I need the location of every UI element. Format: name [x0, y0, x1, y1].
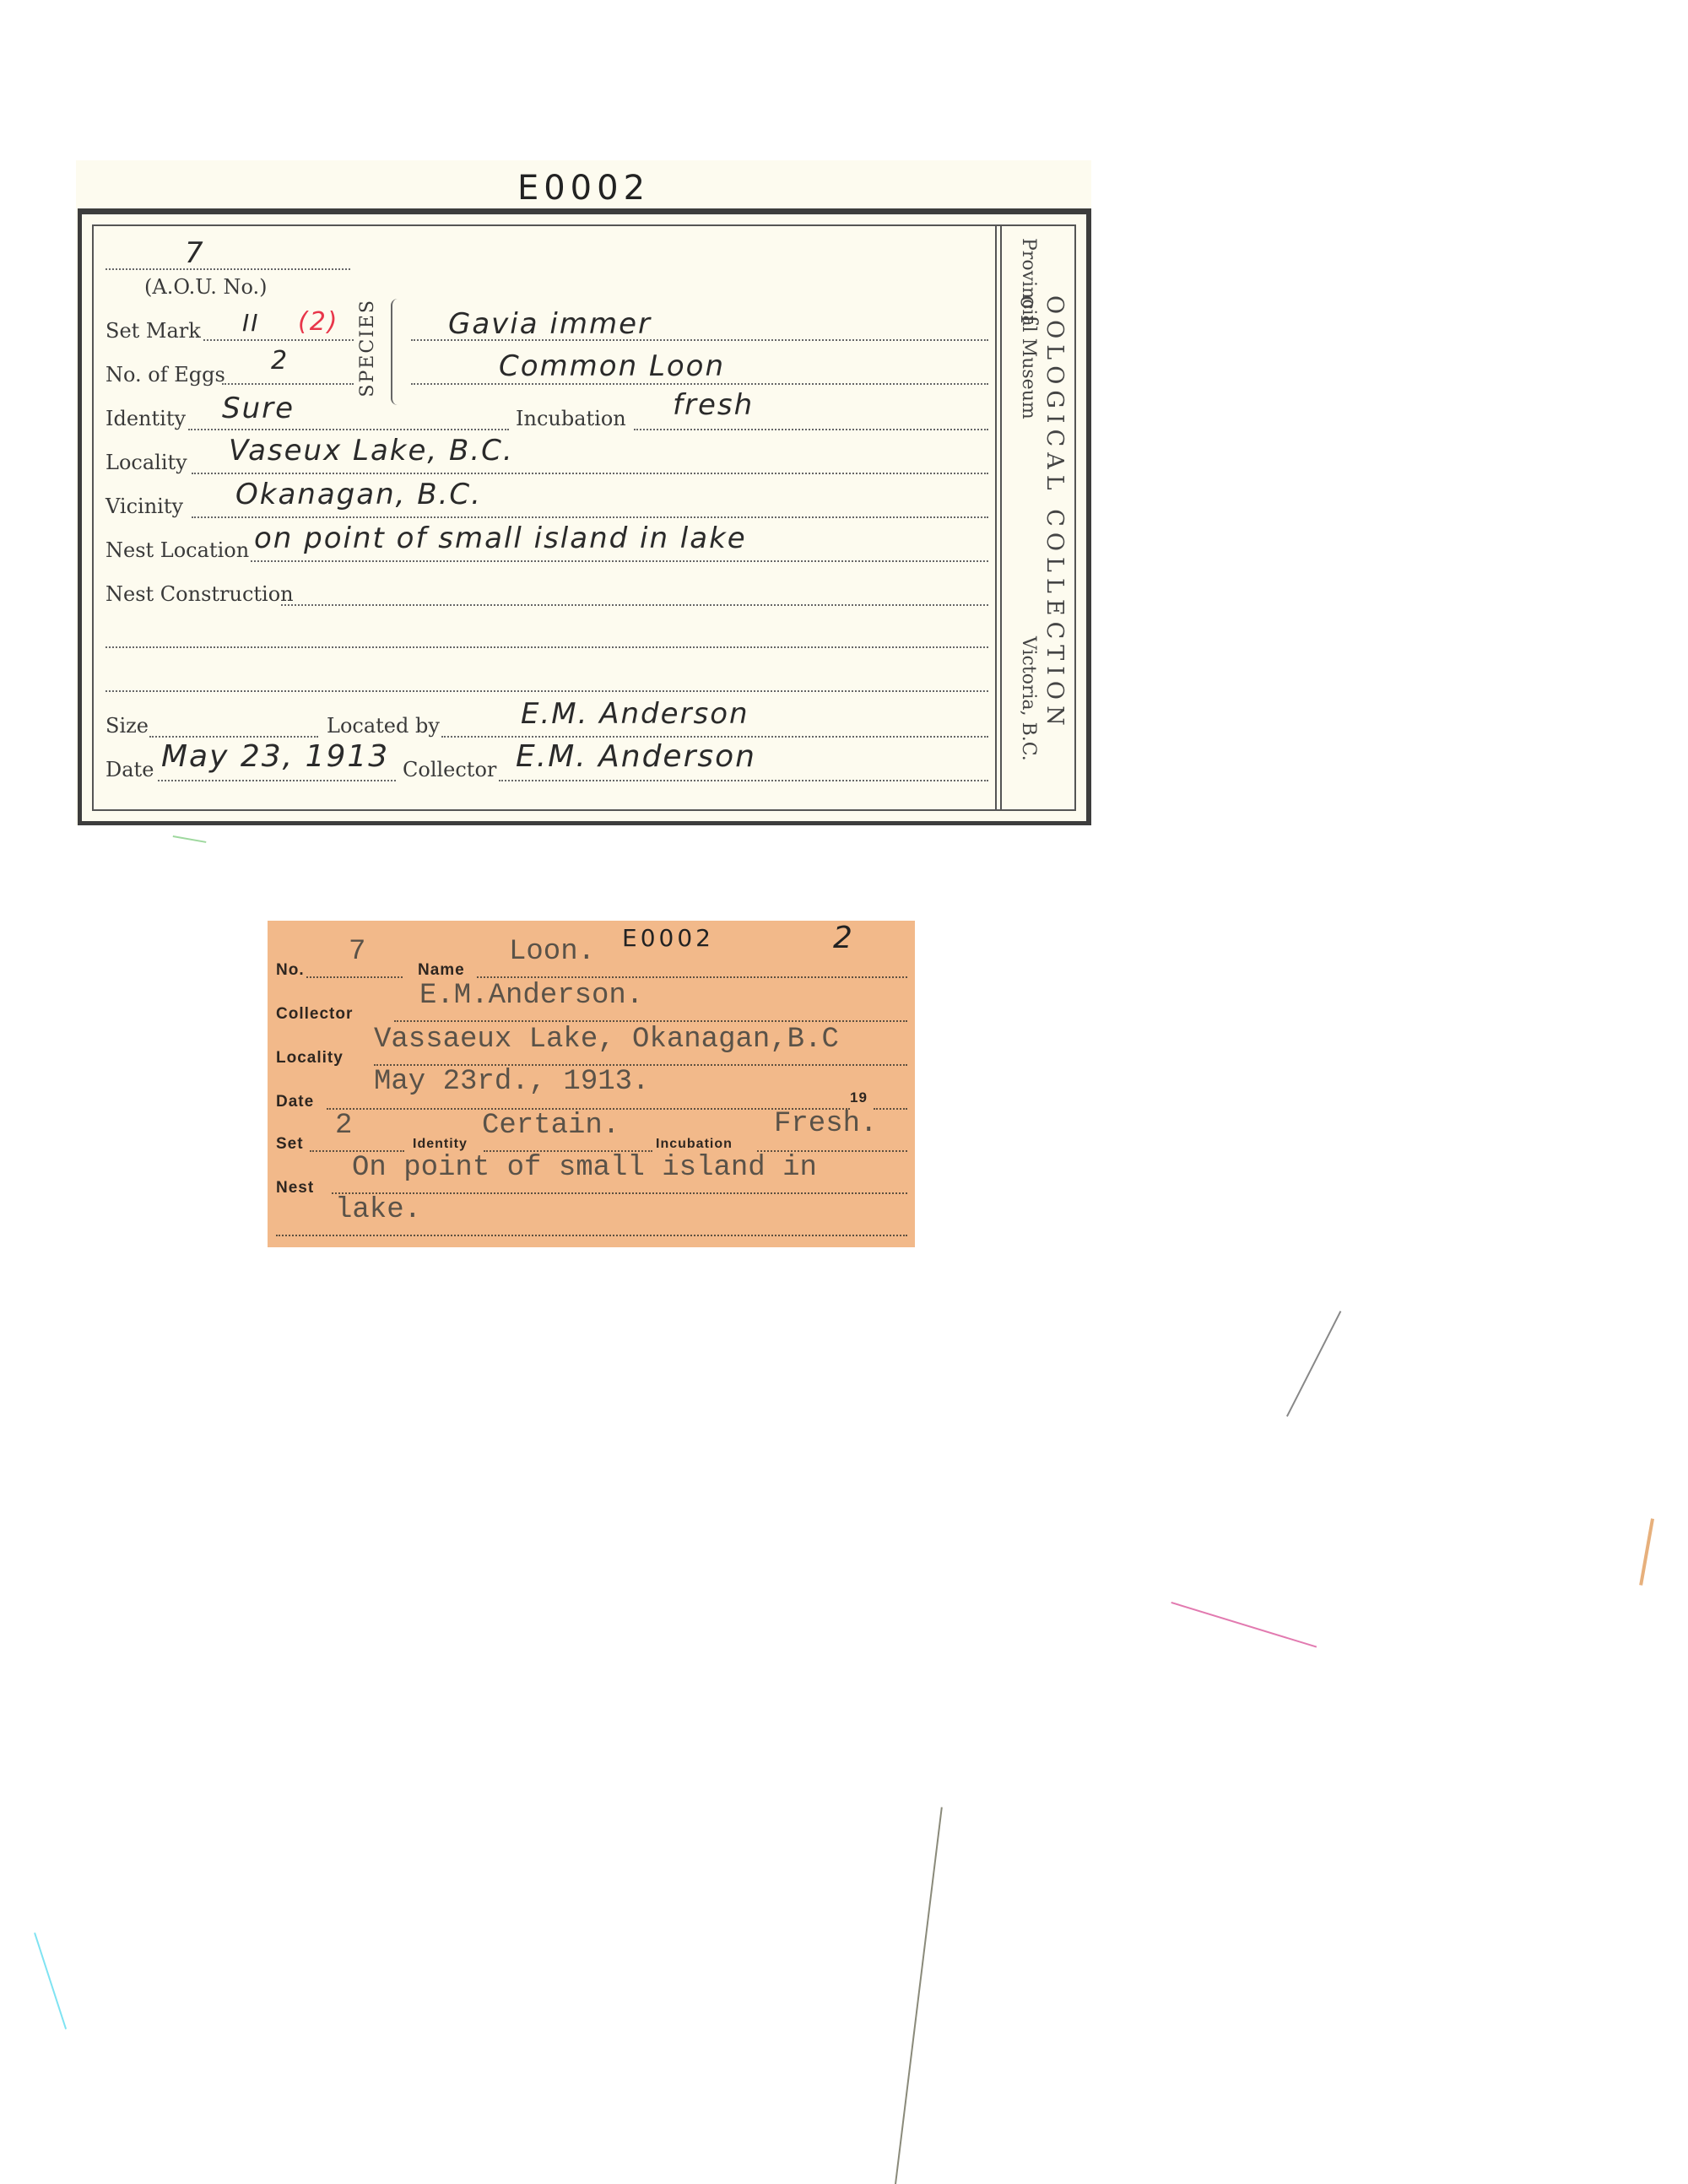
located-by-label: Located by: [327, 714, 440, 738]
accession-number: E0002: [76, 169, 1091, 208]
slip-nest-dotted-line-2: [276, 1235, 907, 1236]
scan-artifact-line: [1171, 1602, 1317, 1648]
slip-year-dotted-line: [874, 1108, 907, 1110]
nest-location-dotted-line: [251, 560, 988, 562]
slip-incubation-value: Fresh.: [774, 1108, 877, 1140]
incubation-dotted-line: [634, 429, 988, 430]
slip-collector-dotted-line: [394, 1020, 907, 1022]
blank-dotted-line-1: [105, 646, 988, 648]
nest-location-value: on point of small island in lake: [254, 522, 747, 555]
incubation-label: Incubation: [516, 407, 626, 430]
slip-no-dotted-line: [306, 976, 403, 978]
collector-label: Collector: [403, 758, 496, 781]
no-of-eggs-label: No. of Eggs: [105, 363, 225, 387]
collector-value: E.M. Anderson: [516, 739, 756, 774]
no-of-eggs-value: 2: [271, 346, 289, 376]
locality-label: Locality: [105, 451, 187, 474]
slip-name-dotted-line: [477, 976, 907, 978]
vicinity-dotted-line: [192, 516, 988, 518]
set-mark-annotation: (2): [298, 307, 339, 337]
slip-date-value: May 23rd., 1913.: [374, 1066, 649, 1098]
slip-locality-value: Vassaeux Lake, Okanagan,B.C: [374, 1024, 839, 1056]
identity-label: Identity: [105, 407, 186, 430]
date-label: Date: [105, 758, 154, 781]
vicinity-value: Okanagan, B.C.: [235, 478, 482, 511]
aou-dotted-line: [105, 268, 350, 270]
located-by-value: E.M. Anderson: [521, 697, 749, 731]
species-common-value: Common Loon: [499, 349, 725, 383]
no-of-eggs-dotted-line: [222, 383, 354, 385]
slip-year-prefix: 19: [850, 1089, 868, 1106]
slip-date-label: Date: [276, 1093, 314, 1111]
slip-nest-label: Nest: [276, 1179, 314, 1197]
slip-incubation-label: Incubation: [656, 1137, 733, 1152]
aou-number-value: 7: [185, 236, 205, 270]
slip-set-value: 2: [335, 1110, 352, 1142]
species-bracket: [391, 299, 399, 405]
card-inner-frame: 7 (A.O.U. No.) Set Mark II (2) No. of Eg…: [92, 224, 1076, 811]
aou-label: (A.O.U. No.): [144, 275, 268, 299]
slip-locality-label: Locality: [276, 1049, 344, 1068]
locality-value: Vaseux Lake, B.C.: [229, 434, 514, 468]
specimen-data-slip: E0002 2 No. 7 Name Loon. Collector E.M.A…: [268, 921, 915, 1247]
date-value: May 23, 1913: [161, 739, 389, 774]
identity-value: Sure: [222, 392, 295, 425]
slip-no-label: No.: [276, 961, 305, 980]
nest-construction-dotted-line: [281, 604, 988, 606]
slip-nest-value-line2: lake.: [335, 1194, 421, 1226]
nest-location-label: Nest Location: [105, 538, 249, 562]
slip-name-value: Loon.: [509, 936, 595, 968]
collector-dotted-line: [499, 780, 988, 781]
slip-identity-label: Identity: [413, 1137, 468, 1152]
species-scientific-value: Gavia immer: [448, 307, 652, 341]
scan-artifact-line: [1286, 1311, 1341, 1417]
side-text: Provincial Museum OOLOGICAL COLLECTION o…: [1009, 238, 1068, 761]
incubation-value: fresh: [673, 388, 754, 422]
scan-artifact-line: [34, 1933, 67, 2030]
blank-dotted-line-2: [105, 690, 988, 692]
card-outer-frame: 7 (A.O.U. No.) Set Mark II (2) No. of Eg…: [78, 208, 1091, 825]
locality-dotted-line: [192, 473, 988, 474]
slip-red-annotation: 2: [833, 921, 856, 955]
scan-artifact-line: [895, 1807, 943, 2184]
slip-collector-value: E.M.Anderson.: [419, 980, 643, 1012]
slip-name-label: Name: [418, 961, 465, 980]
size-dotted-line: [149, 736, 318, 738]
nest-construction-label: Nest Construction: [105, 582, 294, 606]
side-panel: Provincial Museum OOLOGICAL COLLECTION o…: [995, 226, 1074, 809]
set-mark-dotted-line: [203, 339, 354, 341]
species-common-dotted-line: [411, 383, 988, 385]
museum-location: Victoria, B.C.: [1018, 636, 1039, 761]
oological-collection-card: E0002 7 (A.O.U. No.) Set Mark II (2) No.…: [76, 160, 1091, 825]
scan-artifact-line: [1639, 1518, 1654, 1585]
set-mark-value: II: [242, 309, 260, 337]
slip-set-label: Set: [276, 1135, 304, 1154]
slip-collector-label: Collector: [276, 1005, 353, 1024]
slip-accession-number: E0002: [622, 924, 714, 952]
vicinity-label: Vicinity: [105, 495, 183, 518]
slip-identity-value: Certain.: [482, 1110, 619, 1142]
set-mark-label: Set Mark: [105, 319, 201, 343]
slip-nest-value-line1: On point of small island in: [352, 1152, 817, 1184]
species-label: SPECIES: [357, 299, 378, 397]
slip-no-value: 7: [349, 936, 365, 968]
identity-dotted-line: [188, 429, 509, 430]
scan-artifact-line: [173, 835, 207, 843]
located-by-dotted-line: [441, 736, 988, 738]
size-label: Size: [105, 714, 149, 738]
date-dotted-line: [158, 780, 396, 781]
slip-no-label-text: No.: [276, 961, 305, 979]
